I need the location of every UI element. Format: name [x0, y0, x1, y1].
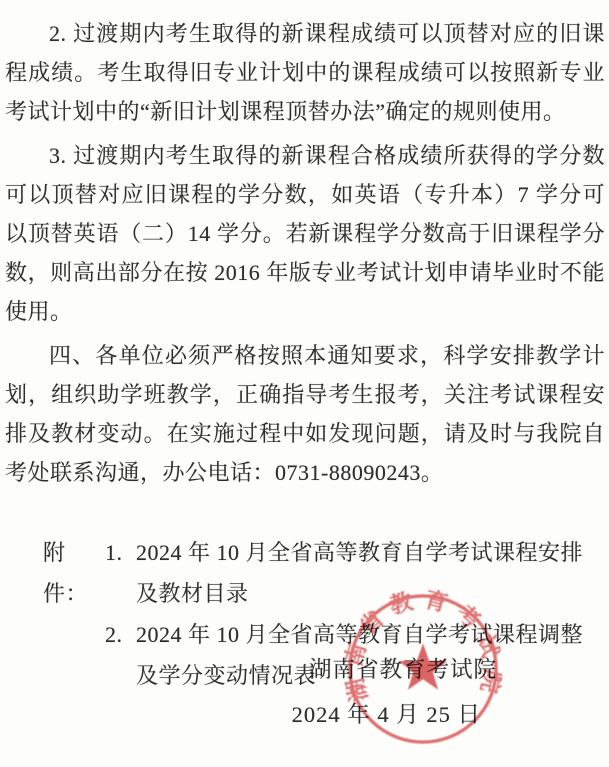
attachment-number: 1. — [105, 532, 136, 614]
paragraph-item-3: 3. 过渡期内考生取得的新课程合格成绩所获得的学分数可以顶替对应旧课程的学分数，… — [5, 136, 605, 331]
signature-issuer: 湖南省教育考试院 — [309, 652, 497, 684]
signature-date: 2024 年 4 月 25 日 — [292, 697, 481, 729]
paragraph-item-2: 2. 过渡期内考生取得的新课程成绩可以顶替对应的旧课程成绩。考生取得旧专业计划中… — [5, 14, 605, 131]
scanned-notice-page: 2. 过渡期内考生取得的新课程成绩可以顶替对应的旧课程成绩。考生取得旧专业计划中… — [0, 0, 609, 767]
attachment-item: 1. 2024 年 10 月全省高等教育自学考试课程安排及教材目录 — [105, 532, 605, 614]
attachment-title: 2024 年 10 月全省高等教育自学考试课程安排及教材目录 — [136, 532, 604, 614]
paragraph-item-4: 四、各单位必须严格按照本通知要求，科学安排教学计划，组织助学班教学，正确指导考生… — [5, 336, 605, 492]
attachment-number: 2. — [105, 614, 136, 696]
attachments-label: 附件： — [43, 532, 105, 696]
